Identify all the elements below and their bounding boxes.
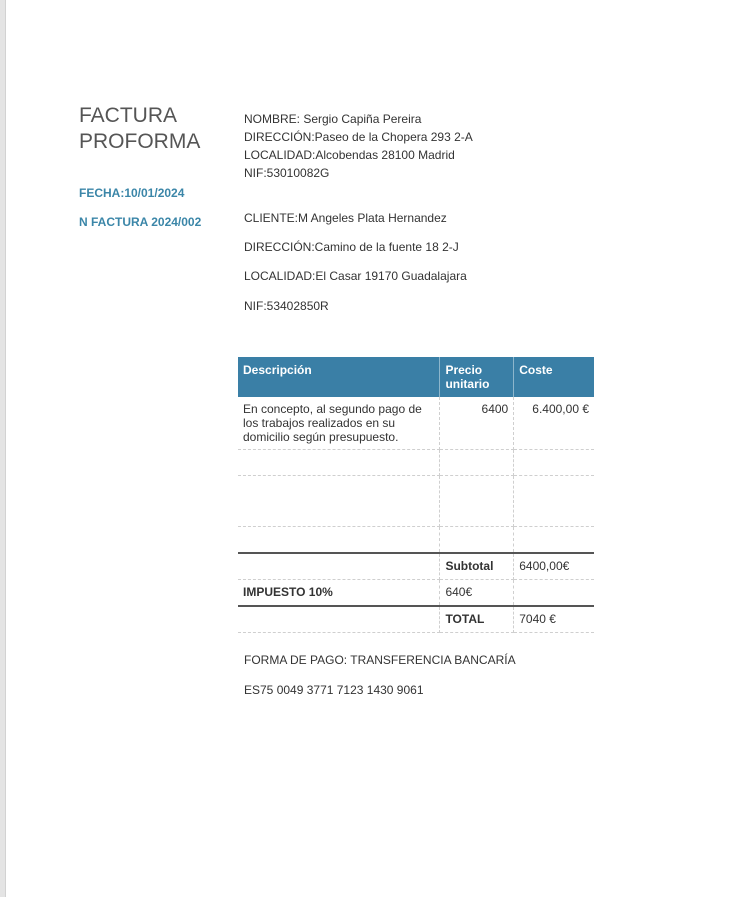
subtotal-value: 6400,00€ (514, 553, 594, 580)
subtotal-label: Subtotal (440, 553, 514, 580)
table-header-row: Descripción Precio unitario Coste (238, 357, 594, 397)
client-locality: LOCALIDAD:El Casar 19170 Guadalajara (244, 269, 467, 283)
item-description: En concepto, al segundo pago de los trab… (238, 397, 440, 450)
item-unit-price: 6400 (440, 397, 514, 450)
header-coste: Coste (514, 357, 594, 397)
empty-row (238, 476, 594, 527)
header-descripcion: Descripción (238, 357, 440, 397)
tax-label: IMPUESTO 10% (238, 580, 440, 607)
invoice-date: FECHA:10/01/2024 (79, 186, 184, 200)
header-precio: Precio unitario (440, 357, 514, 397)
issuer-block: NOMBRE: Sergio Capiña Pereira DIRECCIÓN:… (244, 110, 473, 182)
total-row: TOTAL 7040 € (238, 606, 594, 633)
tax-row: IMPUESTO 10% 640€ (238, 580, 594, 607)
issuer-locality: LOCALIDAD:Alcobendas 28100 Madrid (244, 146, 473, 164)
empty-row (238, 450, 594, 476)
payment-method: FORMA DE PAGO: TRANSFERENCIA BANCARÍA (244, 653, 516, 667)
page-edge (0, 0, 6, 897)
title-line-2: PROFORMA (79, 129, 200, 155)
invoice-table: Descripción Precio unitario Coste En con… (238, 357, 594, 633)
document-title: FACTURA PROFORMA (79, 103, 200, 155)
issuer-name: NOMBRE: Sergio Capiña Pereira (244, 110, 473, 128)
issuer-nif: NIF:53010082G (244, 164, 473, 182)
tax-value: 640€ (440, 580, 514, 607)
client-name: CLIENTE:M Angeles Plata Hernandez (244, 211, 447, 225)
client-address: DIRECCIÓN:Camino de la fuente 18 2-J (244, 240, 459, 254)
empty-row (238, 527, 594, 554)
title-line-1: FACTURA (79, 103, 200, 129)
issuer-address: DIRECCIÓN:Paseo de la Chopera 293 2-A (244, 128, 473, 146)
payment-iban: ES75 0049 3771 7123 1430 9061 (244, 683, 424, 697)
total-label: TOTAL (440, 606, 514, 633)
item-cost: 6.400,00 € (514, 397, 594, 450)
invoice-number: N FACTURA 2024/002 (79, 215, 201, 229)
subtotal-row: Subtotal 6400,00€ (238, 553, 594, 580)
client-nif: NIF:53402850R (244, 299, 329, 313)
table-row: En concepto, al segundo pago de los trab… (238, 397, 594, 450)
total-value: 7040 € (514, 606, 594, 633)
